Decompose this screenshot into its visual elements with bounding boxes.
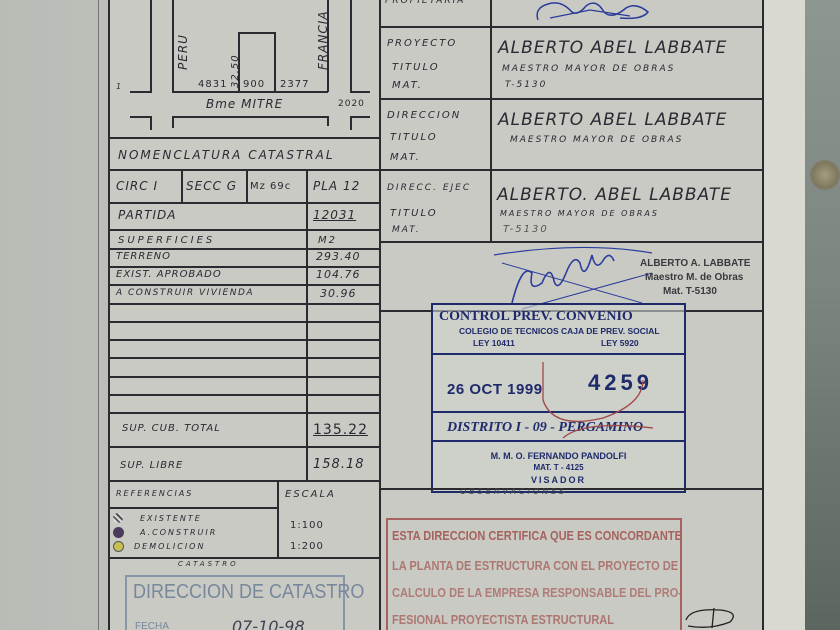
professional-name: ALBERTO ABEL LABBATE [498, 110, 727, 130]
control-header: CONTROL PREV. CONVENIO [439, 309, 633, 325]
professional-mat: T-5130 [505, 80, 547, 90]
parcela-value: PLA 12 [313, 179, 360, 193]
tick-mark: 1 [116, 82, 122, 91]
professional-title: MAESTRO MAYOR DE OBRAS [502, 64, 675, 74]
scale-value-1: 1:100 [290, 520, 324, 531]
catastro-title: CATASTRO [178, 560, 239, 568]
titulo-label: TITULO [390, 132, 438, 143]
surface-label: TERRENO [116, 251, 171, 262]
manzana-value: Mz 69c [250, 181, 291, 192]
mat-label: MAT. [392, 225, 421, 235]
bottom-signature [680, 606, 750, 630]
legend-construct-label: A.CONSTRUIR [140, 528, 217, 537]
legend-demolition-label: DEMOLICION [134, 542, 205, 551]
catastro-date-label: FECHA [135, 621, 169, 630]
control-reviewer: M. M. O. FERNANDO PANDOLFI [433, 451, 684, 461]
stamp-line: ESTA DIRECCION CERTIFICA QUE ES CONCORDA… [392, 528, 682, 543]
role-label: DIRECC. EJEC [387, 183, 471, 193]
control-stamp: CONTROL PREV. CONVENIO COLEGIO DE TECNIC… [431, 303, 686, 493]
partida-label: PARTIDA [118, 208, 177, 222]
control-org: COLEGIO DE TECNICOS CAJA DE PREV. SOCIAL [459, 326, 660, 336]
control-law-right: LEY 5920 [601, 338, 639, 348]
distance-left: 4831 [198, 79, 227, 90]
free-surface-value: 158.18 [313, 457, 365, 472]
desk-background [802, 0, 840, 630]
stamp-title: Maestro M. de Obras [645, 272, 743, 283]
secc-value: SECC G [186, 179, 237, 193]
street-label-peru: PERU [176, 34, 190, 70]
surfaces-header: SUPERFICIES [118, 235, 215, 246]
role-label: DIRECCION [387, 110, 461, 121]
mat-label: MAT. [392, 80, 423, 91]
control-reviewer-mat: MAT. T - 4125 [433, 463, 684, 472]
professional-name: ALBERTO. ABEL LABBATE [497, 185, 732, 205]
control-date: 26 OCT 1999 [447, 381, 543, 398]
lot-frontage: 900 [243, 79, 265, 90]
professional-name: ALBERTO ABEL LABBATE [498, 38, 727, 58]
mat-label: MAT. [390, 152, 421, 163]
legend-existing-label: EXISTENTE [140, 514, 202, 523]
professional-title: MAESTRO MAYOR DE OBRAS [510, 135, 683, 145]
surface-value: 104.76 [316, 268, 361, 281]
owner-label: PROPIETARIA [385, 0, 465, 6]
total-covered-label: SUP. CUB. TOTAL [122, 423, 221, 434]
circ-value: CIRC I [116, 179, 158, 193]
legend-demolition-swatch [113, 541, 124, 552]
street-label-mitre: Bme MITRE [206, 97, 283, 111]
scale-value-2: 1:200 [290, 541, 324, 552]
stamp-line: CALCULO DE LA EMPRESA RESPONSABLE DEL PR… [392, 585, 682, 600]
owner-signature [530, 0, 660, 28]
observations-label: OBSERVACIONES [460, 487, 567, 496]
catastro-date-value: 07-10-98 [232, 617, 305, 630]
total-covered-value: 135.22 [313, 422, 368, 438]
surface-value: 30.96 [320, 287, 357, 300]
professional-title: MAESTRO MAYOR DE OBRAS [500, 209, 659, 218]
control-law-left: LEY 10411 [473, 338, 515, 348]
block-width: 2020 [338, 99, 365, 109]
wood-knot [810, 160, 840, 190]
surfaces-unit: M2 [318, 235, 337, 246]
red-signature [533, 360, 673, 440]
professional-mat: T-5130 [503, 224, 549, 235]
role-label: PROYECTO [387, 38, 457, 49]
control-reviewer-role: VISADOR [433, 475, 684, 485]
surface-label: A CONSTRUIR VIVIENDA [116, 288, 254, 298]
cadastral-title: NOMENCLATURA CATASTRAL [118, 148, 335, 162]
site-plan: PERU FRANCIA 32.50 4831 900 2377 Bme MIT… [110, 0, 379, 138]
margin-line [98, 0, 99, 630]
references-title: REFERENCIAS [116, 489, 193, 498]
legend-construct-swatch [113, 527, 124, 538]
certification-stamp: ESTA DIRECCION CERTIFICA QUE ES CONCORDA… [386, 518, 682, 630]
frame-right [762, 0, 764, 630]
scale-title: ESCALA [285, 489, 336, 500]
surface-label: EXIST. APROBADO [116, 269, 222, 280]
surface-value: 293.40 [316, 250, 361, 263]
frame-middle [379, 0, 381, 630]
stamp-name: ALBERTO A. LABBATE [640, 258, 750, 269]
stamp-line: FESIONAL PROYECTISTA ESTRUCTURAL [392, 612, 614, 627]
stamp-mat: Mat. T-5130 [663, 286, 717, 297]
legend-existing-swatch [113, 513, 123, 523]
street-label-francia: FRANCIA [316, 10, 330, 70]
catastro-stamp: DIRECCION DE CATASTRO FECHA 07-10-98 [125, 575, 345, 630]
paper-edge [762, 0, 805, 630]
distance-right: 2377 [280, 79, 309, 90]
lot-depth: 32.50 [230, 54, 241, 88]
catastro-stamp-text: DIRECCION DE CATASTRO [133, 581, 364, 604]
titulo-label: TITULO [392, 62, 440, 73]
titulo-label: TITULO [390, 208, 438, 219]
stamp-line: LA PLANTA DE ESTRUCTURA CON EL PROYECTO … [392, 558, 678, 573]
partida-value: 12031 [313, 208, 356, 222]
free-surface-label: SUP. LIBRE [120, 460, 183, 471]
